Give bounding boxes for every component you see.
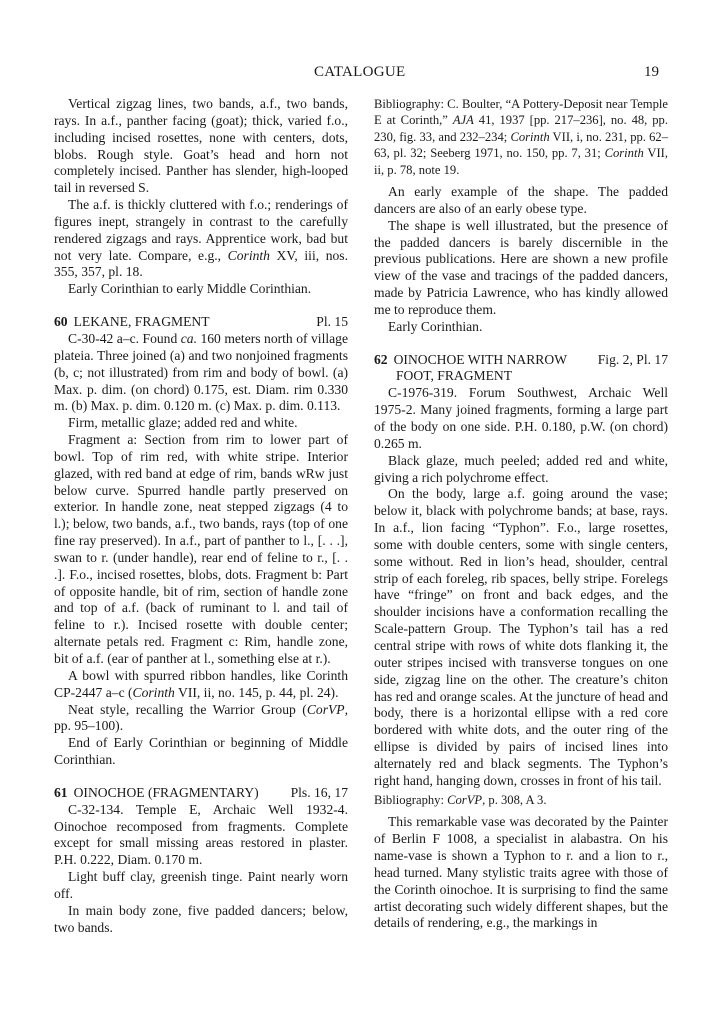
bibliography: Bibliography: CorVP, p. 308, A 3. bbox=[374, 792, 668, 809]
entry-title-continued: FOOT, FRAGMENT bbox=[374, 368, 668, 385]
right-column: Bibliography: C. Boulter, “A Pottery-Dep… bbox=[374, 96, 668, 932]
entry-heading: 60LEKANE, FRAGMENT Pl. 15 bbox=[54, 314, 348, 331]
paragraph: C-30-42 a–c. Found ca. 160 meters north … bbox=[54, 331, 348, 415]
catalogue-entry-61: 61OINOCHOE (FRAGMENTARY) Pls. 16, 17 C-3… bbox=[54, 785, 348, 937]
paragraph: Neat style, recalling the Warrior Group … bbox=[54, 702, 348, 736]
paragraph: The shape is well illustrated, but the p… bbox=[374, 218, 668, 319]
dating-paragraph: End of Early Corinthian or beginning of … bbox=[54, 735, 348, 769]
paragraph: C-1976-319. Forum Southwest, Archaic Wel… bbox=[374, 385, 668, 452]
entry-title: OINOCHOE (FRAGMENTARY) bbox=[74, 785, 259, 802]
entry-number: 60 bbox=[54, 314, 68, 331]
paragraph: The a.f. is thickly cluttered with f.o.;… bbox=[54, 197, 348, 281]
plate-reference: Pls. 16, 17 bbox=[291, 785, 348, 802]
paragraph: Vertical zigzag lines, two bands, a.f., … bbox=[54, 96, 348, 197]
entry-number: 62 bbox=[374, 352, 388, 369]
plate-reference: Pl. 15 bbox=[316, 314, 348, 331]
paragraph: Firm, metallic glaze; added red and whit… bbox=[54, 415, 348, 432]
entry-heading: 62OINOCHOE WITH NARROW Fig. 2, Pl. 17 bbox=[374, 352, 668, 369]
catalogue-entry-62: 62OINOCHOE WITH NARROW Fig. 2, Pl. 17 FO… bbox=[374, 352, 668, 933]
paragraph: On the body, large a.f. going around the… bbox=[374, 486, 668, 789]
dating-paragraph: Early Corinthian to early Middle Corinth… bbox=[54, 281, 348, 298]
paragraph: This remarkable vase was decorated by th… bbox=[374, 814, 668, 932]
paragraph: Black glaze, much peeled; added red and … bbox=[374, 453, 668, 487]
catalogue-entry-60: 60LEKANE, FRAGMENT Pl. 15 C-30-42 a–c. F… bbox=[54, 314, 348, 769]
paragraph: Light buff clay, greenish tinge. Paint n… bbox=[54, 869, 348, 903]
page-header: CATALOGUE 19 bbox=[0, 64, 722, 84]
entry-heading: 61OINOCHOE (FRAGMENTARY) Pls. 16, 17 bbox=[54, 785, 348, 802]
left-column: Vertical zigzag lines, two bands, a.f., … bbox=[54, 96, 348, 937]
plate-reference: Fig. 2, Pl. 17 bbox=[598, 352, 668, 369]
paragraph: C-32-134. Temple E, Archaic Well 1932-4.… bbox=[54, 802, 348, 869]
paragraph: An early example of the shape. The padde… bbox=[374, 184, 668, 218]
entry-number: 61 bbox=[54, 785, 68, 802]
paragraph: In main body zone, five padded dancers; … bbox=[54, 903, 348, 937]
page-number: 19 bbox=[644, 64, 659, 81]
paragraph: Fragment a: Section from rim to lower pa… bbox=[54, 432, 348, 668]
paragraph: A bowl with spurred ribbon handles, like… bbox=[54, 668, 348, 702]
running-title: CATALOGUE bbox=[314, 64, 406, 81]
dating-paragraph: Early Corinthian. bbox=[374, 319, 668, 336]
entry-title: OINOCHOE WITH NARROW bbox=[394, 352, 567, 369]
bibliography: Bibliography: C. Boulter, “A Pottery-Dep… bbox=[374, 96, 668, 178]
entry-title: LEKANE, FRAGMENT bbox=[74, 314, 210, 331]
